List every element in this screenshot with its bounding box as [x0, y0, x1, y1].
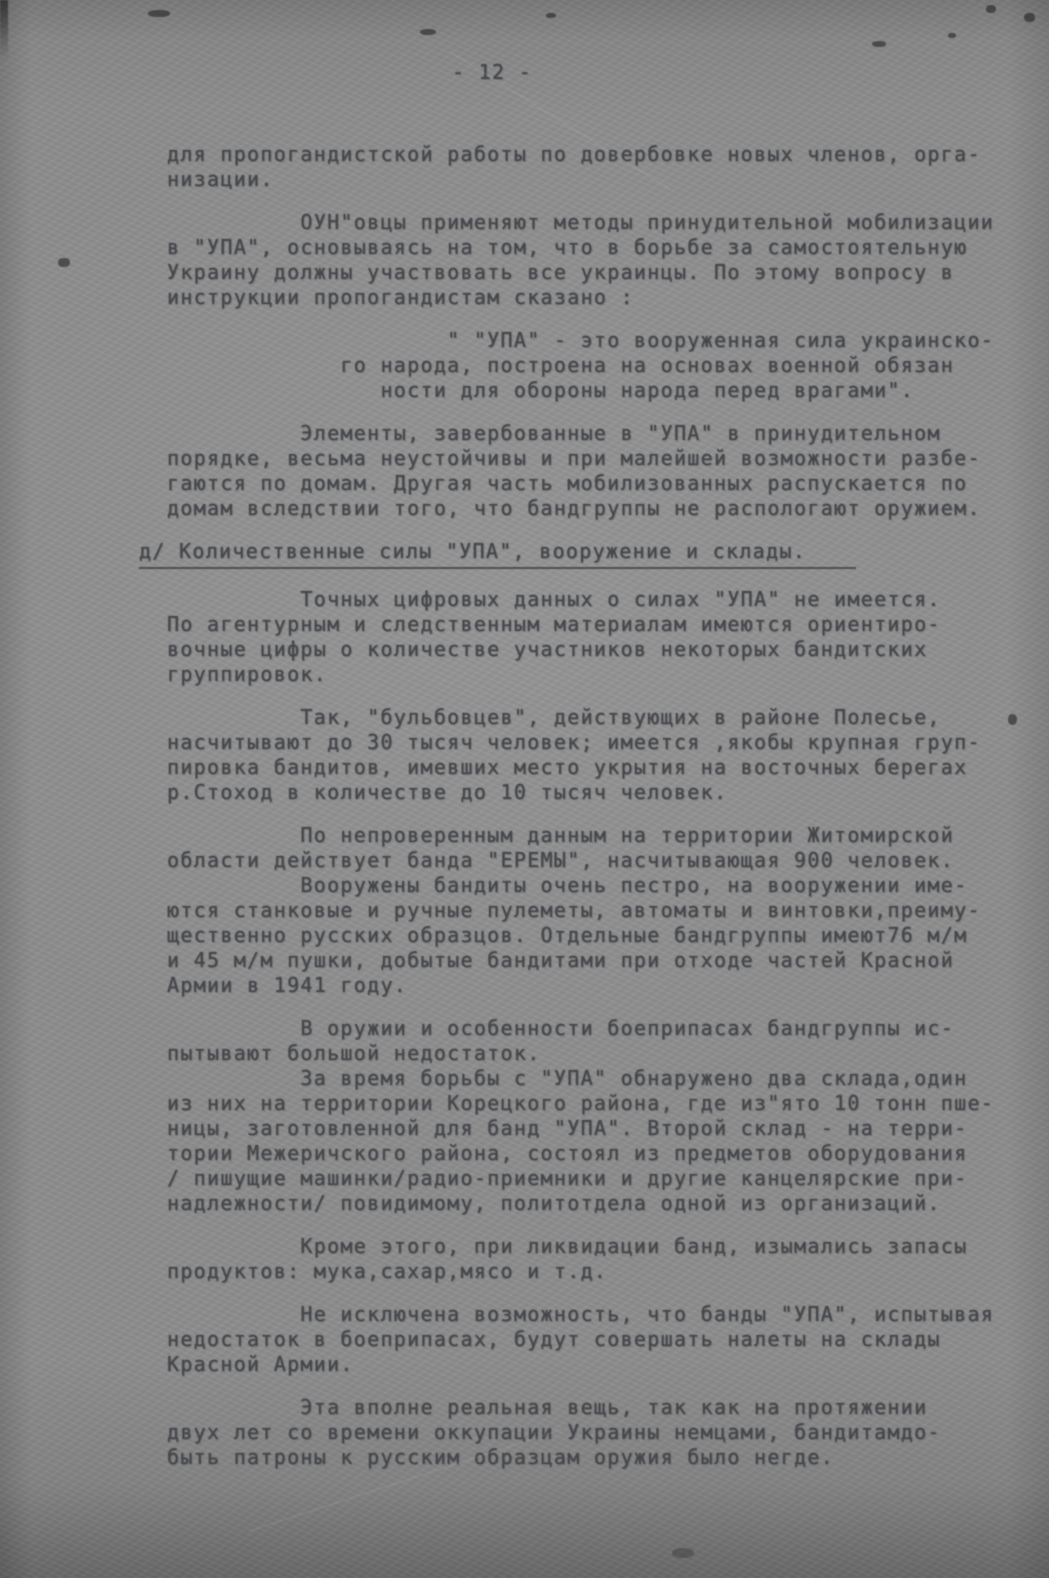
text-line: ности для обороны народа перед врагами". [167, 378, 1023, 403]
paragraph: Так, "бульбовцев", действующих в районе … [167, 705, 1023, 805]
paragraph: Не исключена возможность, что банды "УПА… [167, 1302, 1023, 1377]
text-line: низации. [167, 167, 1023, 192]
text-line: двух лет со времени оккупации Украины не… [167, 1420, 1023, 1445]
scan-artifact [420, 29, 436, 35]
text-line: ницы, заготовленной для банд "УПА". Втор… [167, 1116, 1023, 1141]
text-line: продуктов: мука,сахар,мясо и т.д. [167, 1259, 1023, 1284]
text-line: Элементы, завербованные в "УПА" в принуд… [167, 421, 1023, 446]
text-line: / пишущие машинки/радио-приемники и друг… [167, 1166, 1023, 1191]
paragraph: Кроме этого, при ликвидации банд, изымал… [167, 1234, 1023, 1284]
text-line: недостаток в боеприпасах, будут совершат… [167, 1327, 1023, 1352]
text-line: в "УПА", основываясь на том, что в борьб… [167, 235, 1023, 260]
paragraph: ОУН"овцы применяют методы принудительной… [167, 210, 1023, 310]
scan-artifact [672, 1548, 694, 1558]
text-line: для пропогандистской работы по довербовк… [167, 142, 1023, 167]
quote-block: " "УПА" - это вооруженная сила украинско… [167, 328, 1023, 403]
text-line: надлежности/ повидимому, политотдела одн… [167, 1191, 1023, 1216]
section-heading: д/ Количественные силы "УПА", вооружение… [139, 539, 856, 569]
text-line: р.Стоход в количестве до 10 тысяч челове… [167, 780, 1023, 805]
scan-artifact [0, 0, 8, 66]
text-line: Красной Армии. [167, 1352, 1023, 1377]
paragraph: Элементы, завербованные в "УПА" в принуд… [167, 421, 1023, 521]
text-line: вочные цифры о количестве участников нек… [167, 637, 1023, 662]
paragraph: Точных цифровых данных о силах "УПА" не … [167, 587, 1023, 687]
text-line: гаются по домам. Другая часть мобилизова… [167, 471, 1023, 496]
paragraph: для пропогандистской работы по довербовк… [167, 142, 1023, 192]
text-line: го народа, построена на основах военной … [167, 353, 1023, 378]
text-line: Так, "бульбовцев", действующих в районе … [167, 705, 1023, 730]
text-line: щественно русских образцов. Отдельные ба… [167, 923, 1023, 948]
text-line: Эта вполне реальная вещь, так как на про… [167, 1395, 1023, 1420]
paragraph: В оружии и особенности боеприпасах бандг… [167, 1016, 1023, 1216]
text-line: пировка бандитов, имевших место укрытия … [167, 755, 1023, 780]
scanned-document-page: - 12 - для пропогандистской работы по до… [0, 0, 1049, 1578]
text-line: быть патроны к русским образцам оружия б… [167, 1445, 1023, 1470]
text-line: По непроверенным данным на территории Жи… [167, 823, 1023, 848]
scan-artifact [148, 10, 170, 17]
text-line: области действует банда "ЕРЕМЫ", насчиты… [167, 848, 1023, 873]
paragraph: Эта вполне реальная вещь, так как на про… [167, 1395, 1023, 1470]
text-line: Украину должны участвовать все украинцы.… [167, 260, 1023, 285]
text-line: ются станковые и ручные пулеметы, автома… [167, 898, 1023, 923]
text-line: Кроме этого, при ликвидации банд, изымал… [167, 1234, 1023, 1259]
page-number: - 12 - [452, 60, 532, 85]
text-line: По агентурным и следственным материалам … [167, 612, 1023, 637]
text-line: Точных цифровых данных о силах "УПА" не … [167, 587, 1023, 612]
paragraph: По непроверенным данным на территории Жи… [167, 823, 1023, 998]
text-line: " "УПА" - это вооруженная сила украинско… [167, 328, 1023, 353]
scan-artifact [872, 41, 886, 47]
text-line: д/ Количественные силы "УПА", вооружение… [139, 539, 806, 564]
text-line: насчитывают до 30 тысяч человек; имеется… [167, 730, 1023, 755]
document-body: для пропогандистской работы по довербовк… [167, 142, 1023, 1470]
scan-artifact [1024, 13, 1035, 22]
scan-artifact [986, 5, 996, 13]
text-line: ОУН"овцы применяют методы принудительной… [167, 210, 1023, 235]
text-line: пытывают большой недостаток. [167, 1041, 1023, 1066]
text-line: Армии в 1941 году. [167, 973, 1023, 998]
text-line: Не исключена возможность, что банды "УПА… [167, 1302, 1023, 1327]
text-line: Вооружены бандиты очень пестро, на воору… [167, 873, 1023, 898]
scan-artifact [58, 258, 70, 267]
text-line: домам вследствии того, что бандгруппы не… [167, 496, 1023, 521]
text-line: порядке, весьма неустойчивы и при малейш… [167, 446, 1023, 471]
text-line: из них на территории Корецкого района, г… [167, 1091, 1023, 1116]
text-line: и 45 м/м пушки, добытые бандитами при от… [167, 948, 1023, 973]
text-line: За время борьбы с "УПА" обнаружено два с… [167, 1066, 1023, 1091]
text-line: инструкции пропогандистам сказано : [167, 285, 1023, 310]
text-line: В оружии и особенности боеприпасах бандг… [167, 1016, 1023, 1041]
text-line: группировок. [167, 662, 1023, 687]
text-line: тории Межеричского района, состоял из пр… [167, 1141, 1023, 1166]
scan-artifact [948, 33, 956, 38]
scan-artifact [546, 13, 556, 18]
